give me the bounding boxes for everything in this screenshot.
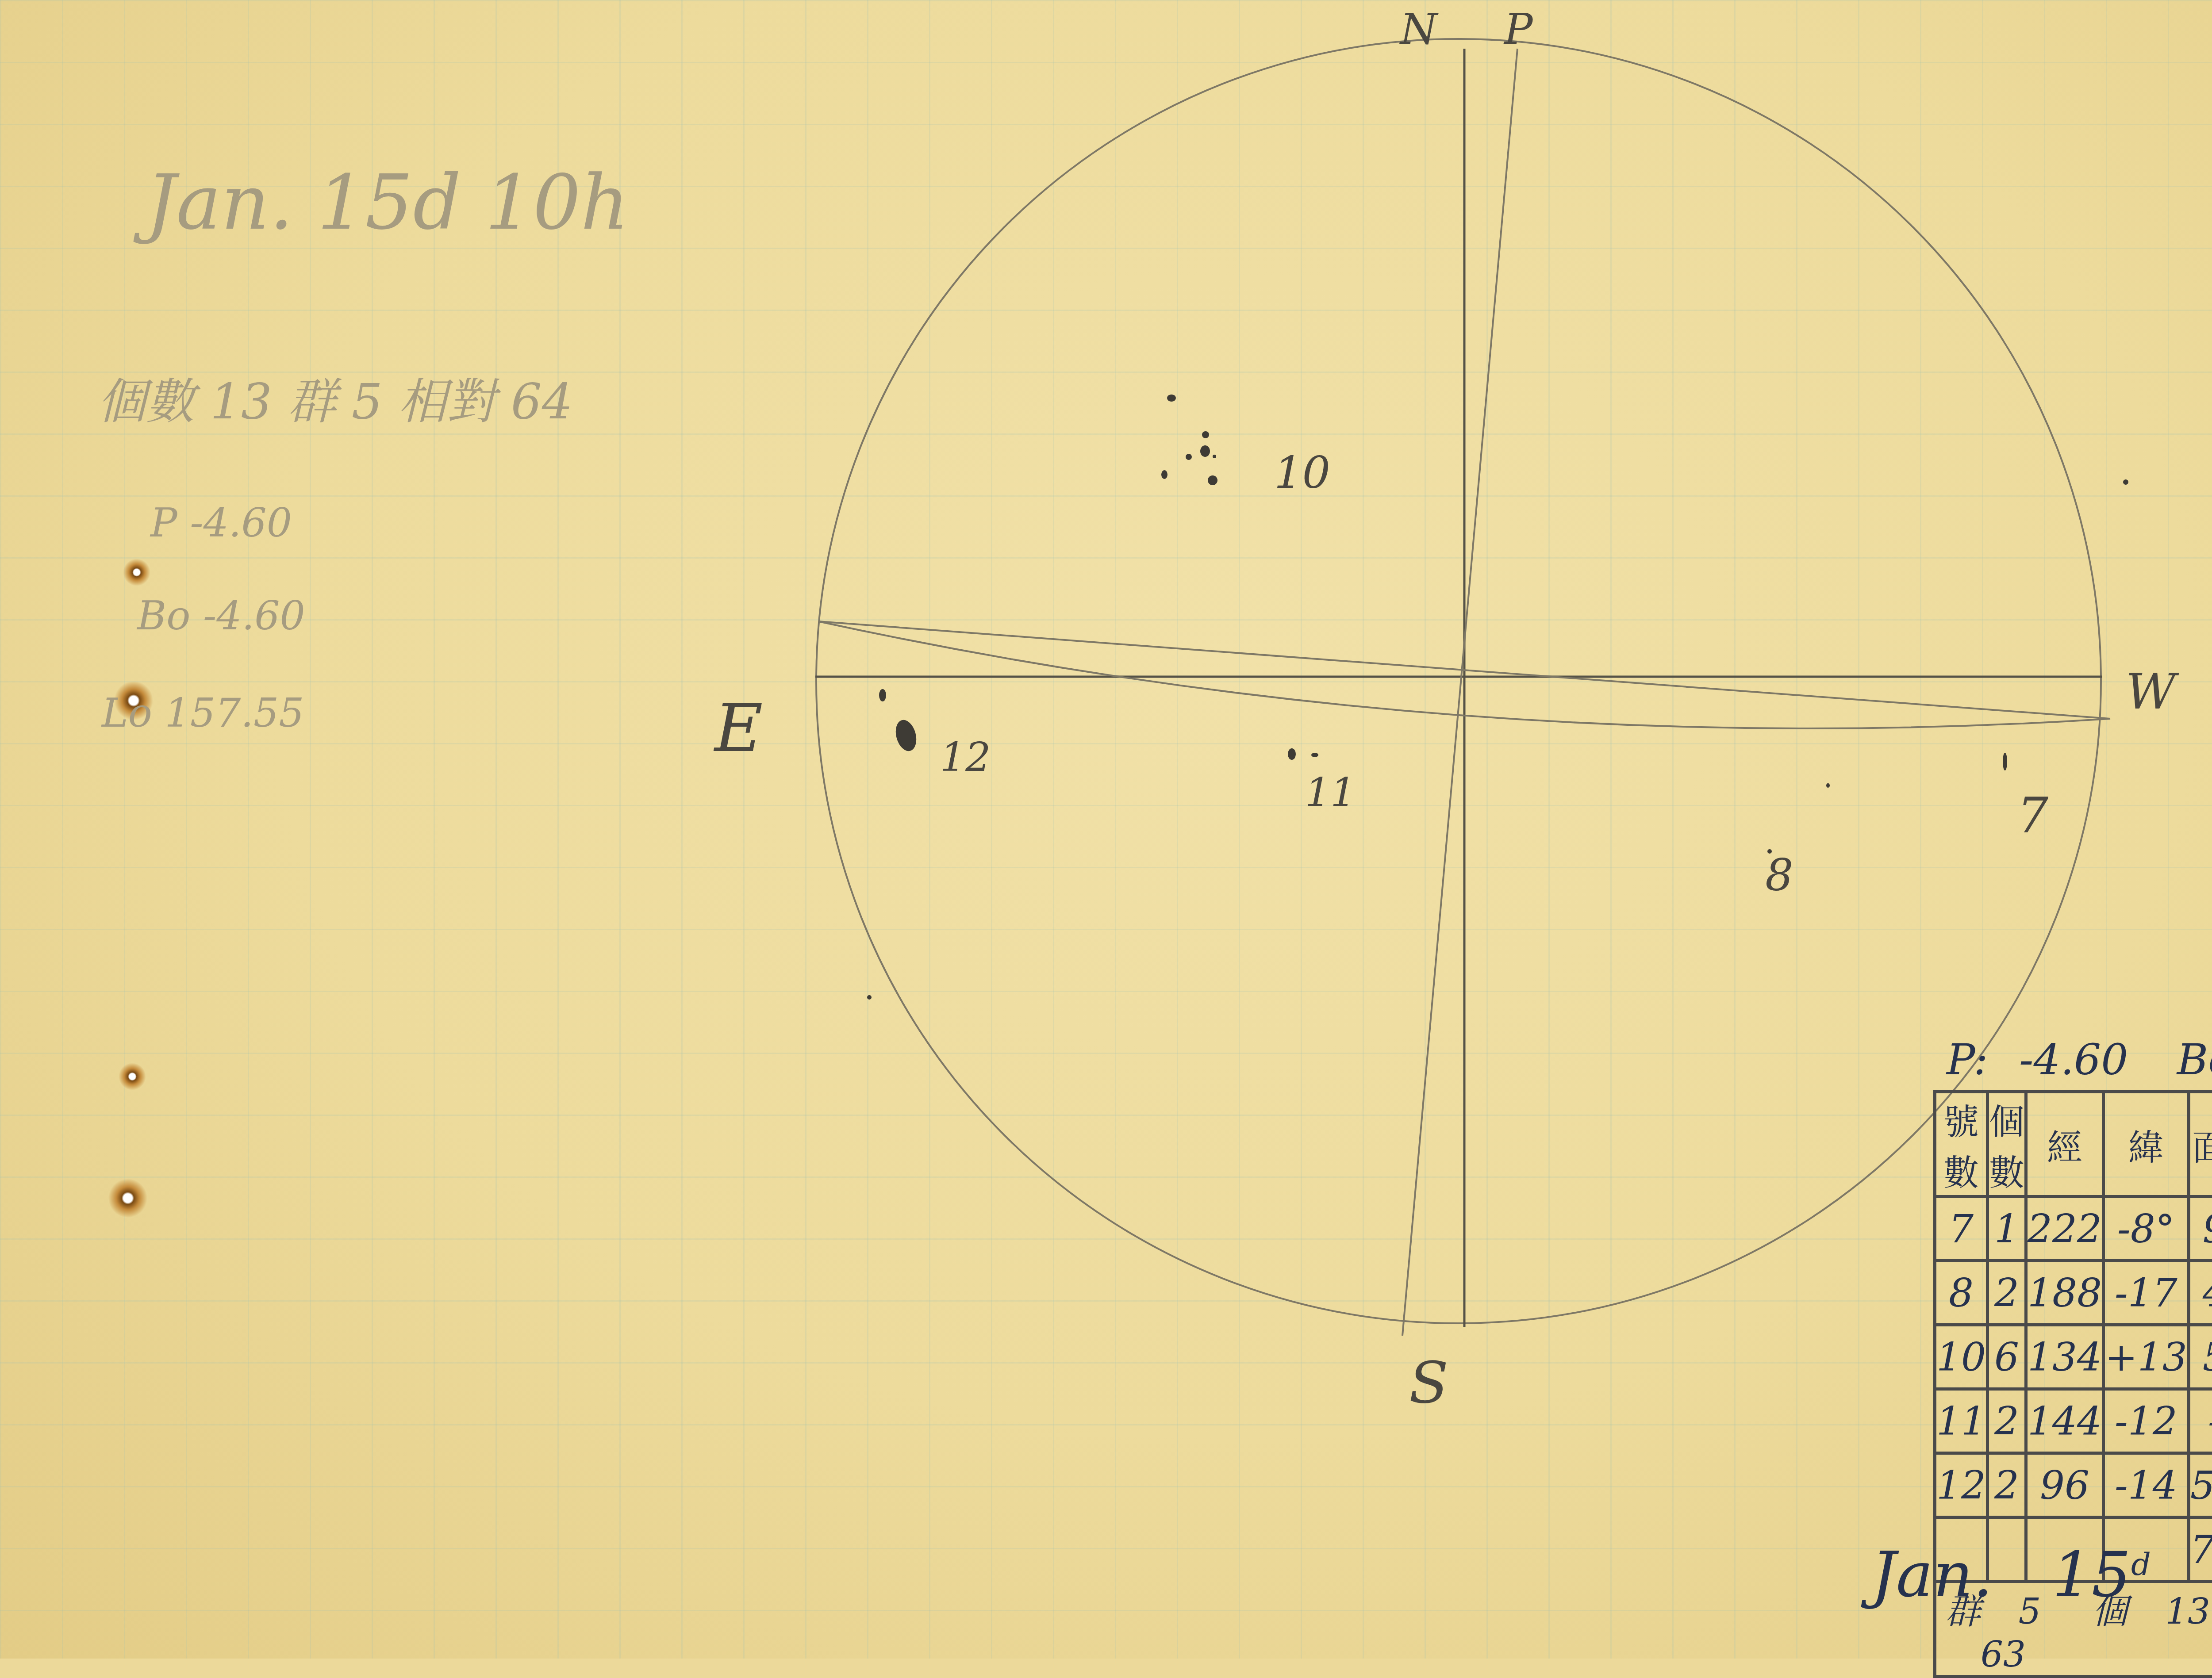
table-header-row: 號數 個數 經 緯 面積 初 中 末: [1935, 1092, 2212, 1197]
table-row: 112 144-12 —11: [1935, 1389, 2212, 1453]
spot-group-12-label: 12: [940, 734, 991, 781]
pole-label: P: [1504, 4, 1533, 54]
pencil-bo-note: Bo -4.60: [137, 593, 305, 639]
north-label: N: [1400, 4, 1437, 54]
solar-disk-drawing: [0, 0, 2212, 1659]
pencil-count-note: 個數 13 群 5 相對 64: [97, 363, 573, 433]
observation-date: Jan. 15d 10h: [1871, 1539, 2212, 1611]
relative-value: 63: [1981, 1634, 2026, 1659]
orientation-parameters: P: -4.60 Bo: -4.60 Lo: 156.45: [1947, 1035, 2212, 1084]
south-label: S: [1409, 1349, 1448, 1416]
solar-disk-outline: [816, 39, 2101, 1323]
sunspots: [867, 395, 2128, 1000]
east-label: E: [714, 690, 763, 767]
header-area: 面積: [2189, 1092, 2212, 1197]
pencil-p-note: P -4.60: [150, 500, 292, 546]
spot-group-8-label: 8: [1765, 849, 1793, 901]
west-label: W: [2126, 663, 2176, 720]
spot-group-10-label: 10: [1274, 447, 1330, 498]
spot-group-11-label: 11: [1305, 770, 1356, 816]
header-number: 號數: [1935, 1092, 1988, 1197]
pencil-date-note: Jan. 15d 10h: [146, 159, 629, 247]
header-count: 個數: [1987, 1092, 2026, 1197]
rotation-axis: [1402, 49, 1517, 1336]
table-row: 106 134+13 50: [1935, 1325, 2212, 1389]
table-row: 122 96-14 58312: [1935, 1453, 2212, 1517]
bo-param: Bo: -4.60: [2177, 1035, 2212, 1084]
pencil-lo-note: Lo 157.55: [102, 690, 304, 736]
spot-group-7-label: 7: [2017, 787, 2048, 844]
table-row: 71 222-8° 92 7: [1935, 1197, 2212, 1261]
header-latitude: 緯: [2103, 1092, 2189, 1197]
table-row: 82 188-17 48: [1935, 1261, 2212, 1325]
p-param: P: -4.60: [1947, 1035, 2146, 1084]
header-longitude: 經: [2026, 1092, 2103, 1197]
